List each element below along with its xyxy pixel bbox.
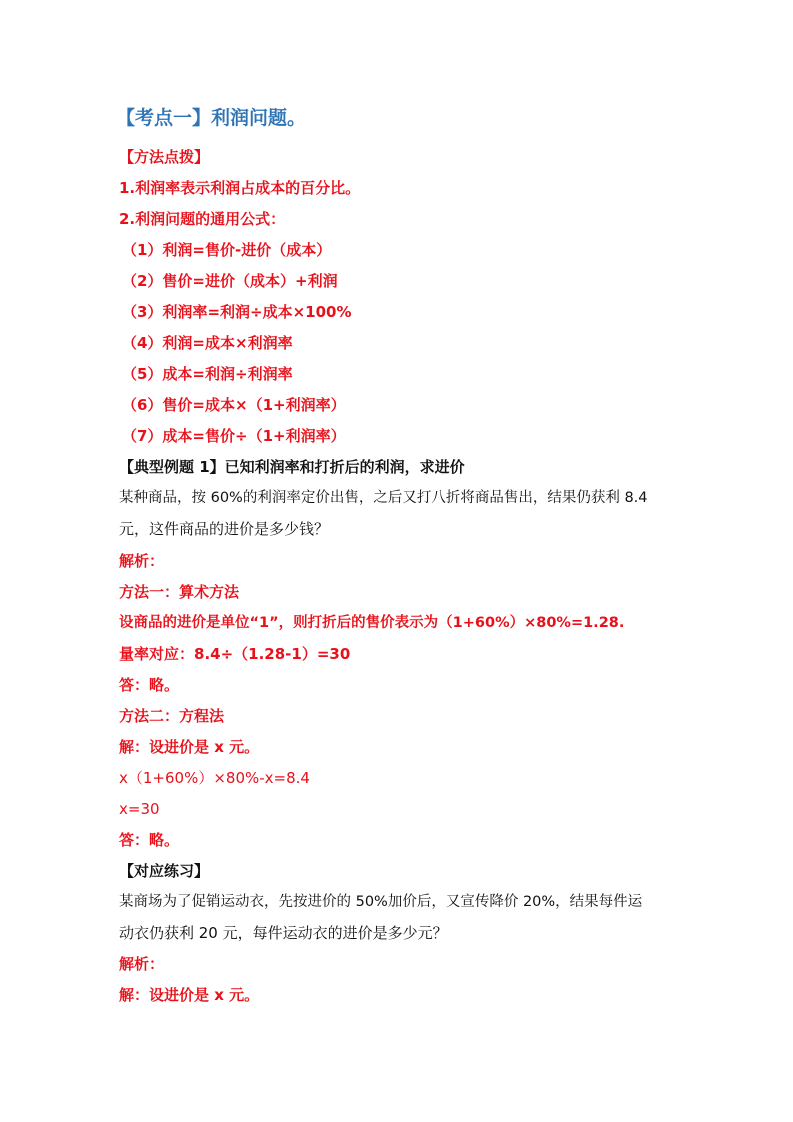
method1-step: 量率对应：8.4÷（1.28-1）=30 [119,644,350,664]
document-page: 【考点一】利润问题。 【方法点拨】 1.利润率表示利润占成本的百分比。 2.利润… [0,0,793,1122]
section-heading: 【考点一】利润问题。 [116,106,306,130]
method2-step: x（1+60%）×80%-x=8.4 [119,768,310,788]
example-question-line: 元，这件商品的进价是多少钱？ [119,519,329,539]
formula-item: （4）利润=成本×利润率 [122,333,293,353]
formula-item: （6）售价=成本×（1+利润率） [122,395,346,415]
formula-item: （2）售价=进价（成本）+利润 [122,271,338,291]
method-tip-point: 2.利润问题的通用公式： [119,209,285,229]
formula-item: （5）成本=利润÷利润率 [122,364,293,384]
formula-item: （3）利润率=利润÷成本×100% [122,302,351,322]
method2-answer: 答：略。 [119,830,179,850]
formula-item: （1）利润=售价-进价（成本） [122,240,331,260]
practice-label: 【对应练习】 [119,861,209,881]
method1-label: 方法一：算术方法 [119,582,239,602]
method1-answer: 答：略。 [119,675,179,695]
method1-step: 设商品的进价是单位“1”，则打折后的售价表示为（1+60%）×80%=1.28. [119,613,624,633]
practice-question-line: 某商场为了促销运动衣，先按进价的 50%加价后，又宣传降价 20%，结果每件运 [119,892,642,912]
method2-step: 解：设进价是 x 元。 [119,737,259,757]
method-tips-label: 【方法点拨】 [119,147,209,167]
method2-step: x=30 [119,799,160,819]
analysis-label: 解析： [119,551,164,571]
practice-analysis-label: 解析： [119,954,164,974]
method2-label: 方法二：方程法 [119,706,224,726]
practice-solution-step: 解：设进价是 x 元。 [119,985,259,1005]
method-tip-point: 1.利润率表示利润占成本的百分比。 [119,178,360,198]
formula-item: （7）成本=售价÷（1+利润率） [122,426,346,446]
example-title: 【典型例题 1】已知利润率和打折后的利润，求进价 [119,457,465,477]
example-question-line: 某种商品，按 60%的利润率定价出售，之后又打八折将商品售出，结果仍获利 8.4 [119,488,648,508]
practice-question-line: 动衣仍获利 20 元，每件运动衣的进价是多少元？ [119,923,448,943]
